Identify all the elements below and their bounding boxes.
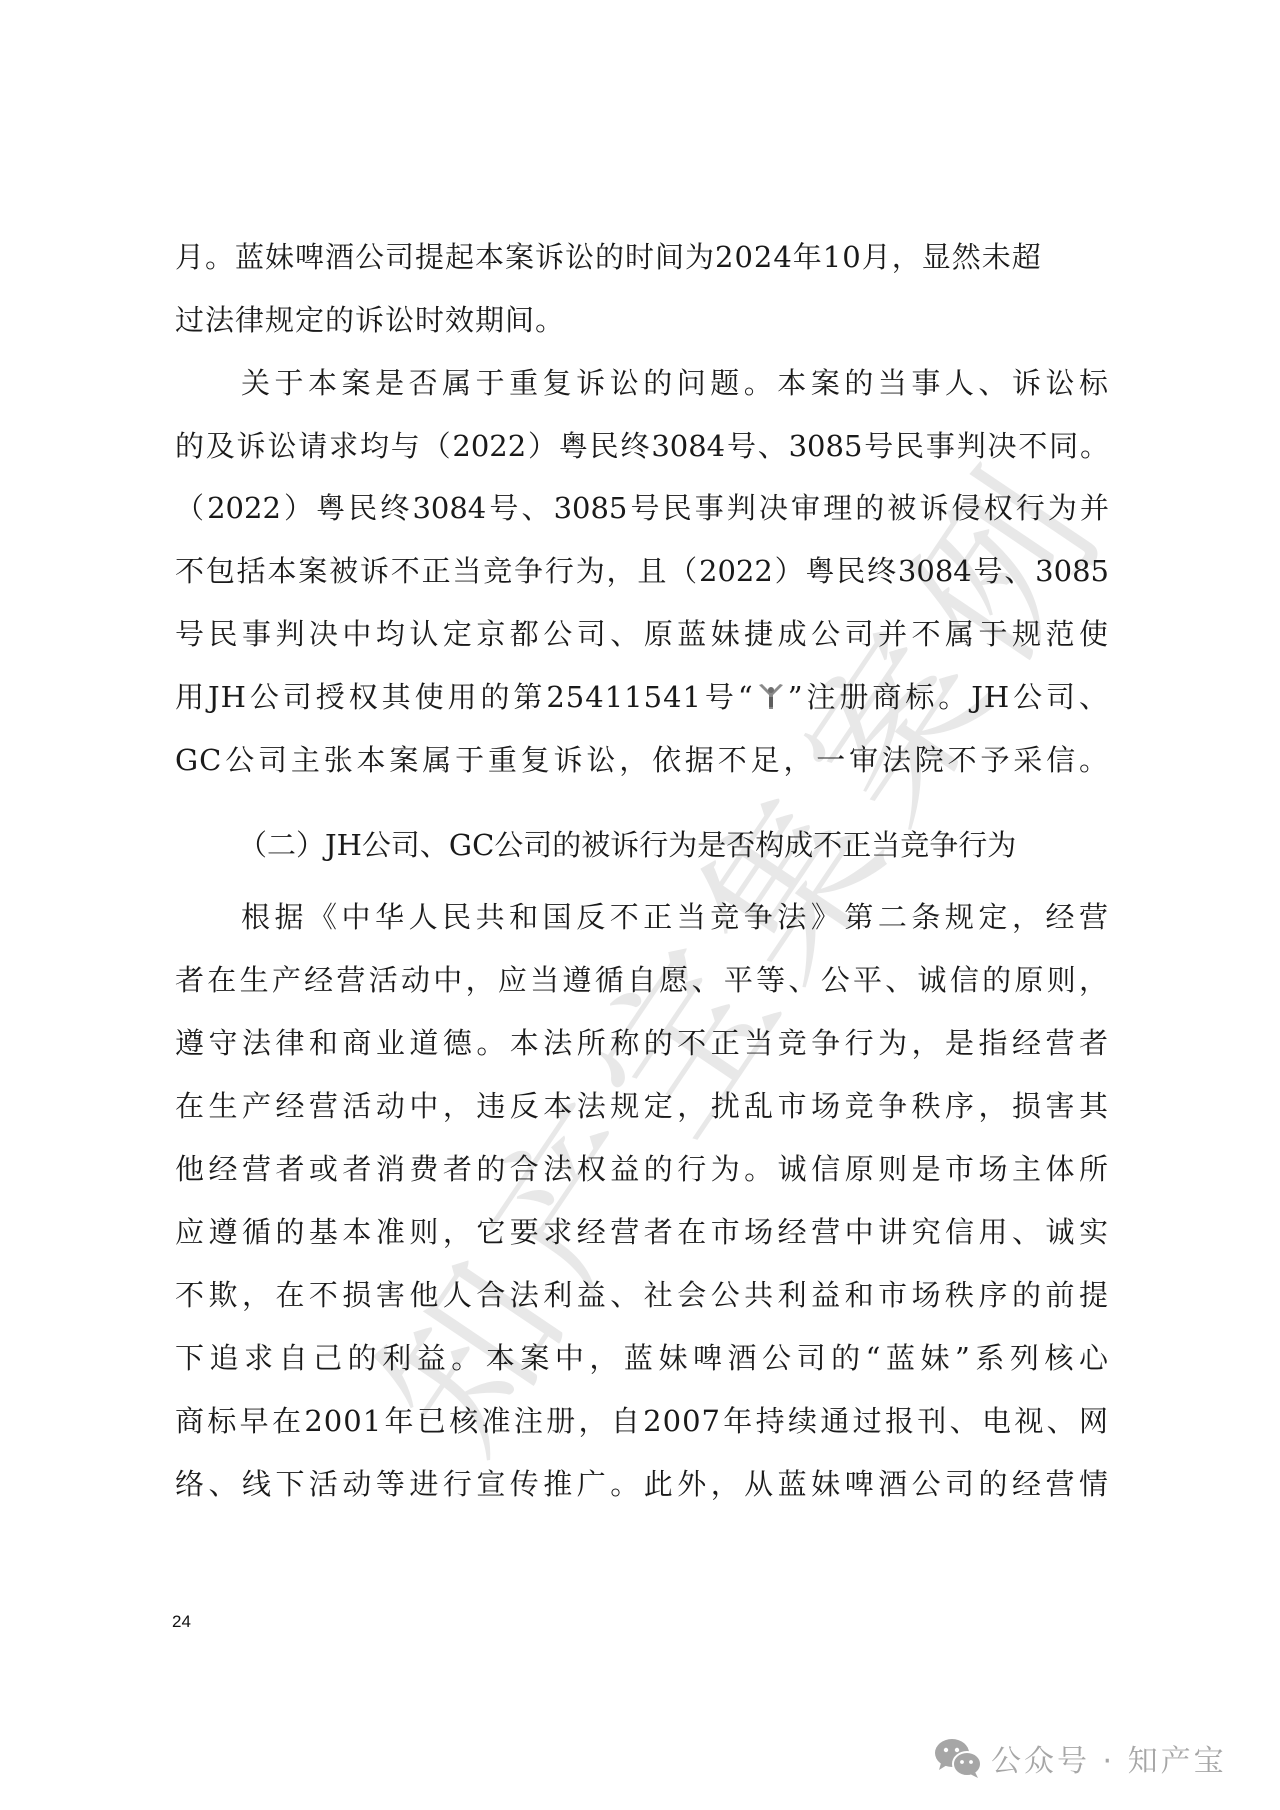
section-heading: （二）JH公司、GC公司的被诉行为是否构成不正当竞争行为 [238,825,1106,865]
body-line: 根据《中华人民共和国反不正当竞争法》第二条规定，经营 [241,897,1109,937]
footer-brand-label: 公众号 · 知产宝 [991,1736,1227,1780]
body-line: 不欺，在不损害他人合法利益、社会公共利益和市场秩序的前提 [175,1275,1109,1315]
page-number: 24 [172,1612,191,1632]
body-line: （2022）粤民终3084号、3085号民事判决审理的被诉侵权行为并 [175,488,1109,528]
body-line: 下追求自己的利益。本案中，蓝妹啤酒公司的“蓝妹”系列核心 [175,1338,1109,1378]
body-line: 关于本案是否属于重复诉讼的问题。本案的当事人、诉讼标 [241,363,1109,403]
body-line: 遵守法律和商业道德。本法所称的不正当竞争行为，是指经营者 [175,1023,1109,1063]
trademark-line-after: ”注册商标。JH公司、 [788,680,1109,714]
body-line: 过法律规定的诉讼时效期间。 [175,300,1109,340]
body-line: 的及诉讼请求均与（2022）粤民终3084号、3085号民事判决不同。 [175,426,1109,466]
body-line: 他经营者或者消费者的合法权益的行为。诚信原则是市场主体所 [175,1149,1109,1189]
document-page: 知产宝集案例 月。蓝妹啤酒公司提起本案诉讼的时间为2024年10月，显然未超 过… [0,0,1280,1810]
body-line: 应遵循的基本准则，它要求经营者在市场经营中讲究信用、诚实 [175,1212,1109,1252]
body-line: 商标早在2001年已核准注册，自2007年持续通过报刊、电视、网 [175,1401,1109,1441]
trademark-line-before: 用JH公司授权其使用的第25411541号“ [175,680,754,714]
trademark-figure-icon [756,681,786,713]
body-line: 络、线下活动等进行宣传推广。此外，从蓝妹啤酒公司的经营情 [175,1464,1109,1504]
body-line: 号民事判决中均认定京都公司、原蓝妹捷成公司并不属于规范使 [175,614,1109,654]
body-line: 不包括本案被诉不正当竞争行为，且（2022）粤民终3084号、3085 [175,551,1109,591]
body-line: 者在生产经营活动中，应当遵循自愿、平等、公平、诚信的原则， [175,960,1109,1000]
body-line: 月。蓝妹啤酒公司提起本案诉讼的时间为2024年10月，显然未超 [175,237,1109,277]
footer-brand-watermark: 公众号 · 知产宝 [933,1736,1227,1780]
body-line: 在生产经营活动中，违反本法规定，扰乱市场竞争秩序，损害其 [175,1086,1109,1126]
body-line: GC公司主张本案属于重复诉讼，依据不足，一审法院不予采信。 [175,740,1109,780]
trademark-line: 用JH公司授权其使用的第25411541号“ ”注册商标。JH公司、 [175,677,1109,717]
wechat-icon [933,1737,983,1779]
